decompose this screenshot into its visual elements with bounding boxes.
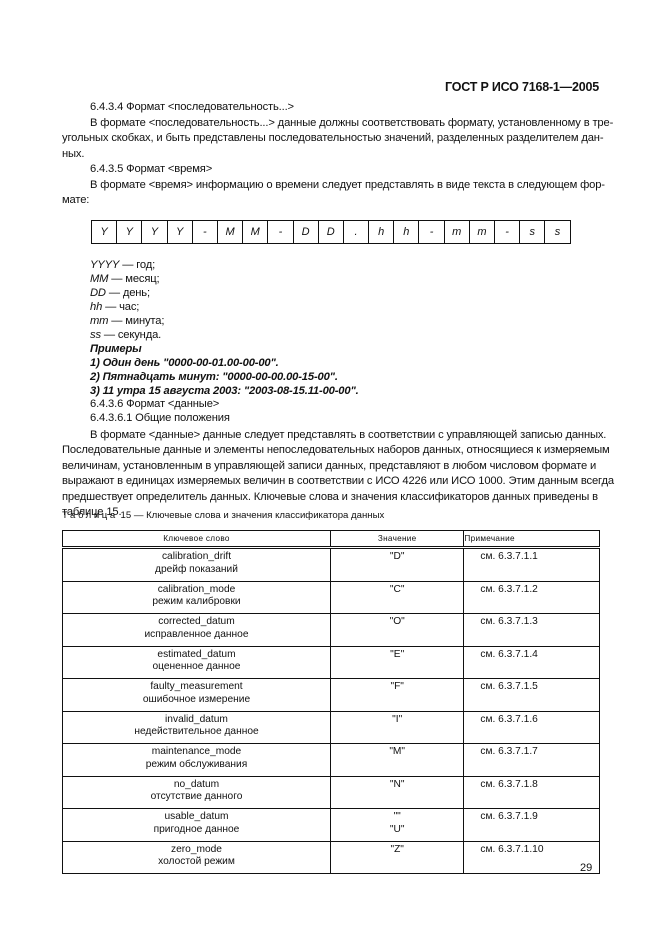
- value: "": [331, 811, 463, 824]
- format-cell: Y: [142, 221, 167, 243]
- format-cell: -: [495, 221, 520, 243]
- note: см. 6.3.7.1.1: [464, 551, 599, 564]
- keyword: calibration_mode: [63, 584, 330, 597]
- paragraph-line: мате:: [62, 193, 89, 209]
- keyword: invalid_datum: [63, 714, 330, 727]
- keyword: corrected_datum: [63, 616, 330, 629]
- value: "Z": [331, 844, 463, 857]
- time-format-box: Y Y Y Y - M M - D D . h h - m m - s s: [91, 220, 571, 244]
- table-row: calibration_modeрежим калибровки "C" см.…: [63, 581, 600, 614]
- keyword: faulty_measurement: [63, 681, 330, 694]
- value: "O": [331, 616, 463, 629]
- keyword: zero_mode: [63, 844, 330, 857]
- page-number: 29: [580, 862, 592, 874]
- format-cell: M: [218, 221, 243, 243]
- keyword-ru: недействительное данное: [63, 726, 330, 739]
- note: см. 6.3.7.1.5: [464, 681, 599, 694]
- note: см. 6.3.7.1.2: [464, 584, 599, 597]
- keyword: calibration_drift: [63, 551, 330, 564]
- section-title-6434: 6.4.3.4 Формат <последовательность...>: [90, 100, 294, 116]
- table-row: usable_datumпригодное данное """U" см. 6…: [63, 809, 600, 842]
- note: см. 6.3.7.1.4: [464, 649, 599, 662]
- document-header: ГОСТ Р ИСО 7168-1—2005: [0, 80, 599, 94]
- format-cell: -: [268, 221, 293, 243]
- table-header-row: Ключевое слово Значение Примечание: [63, 531, 600, 548]
- column-header-keyword: Ключевое слово: [63, 531, 331, 548]
- value: "I": [331, 714, 463, 727]
- value-alt: "U": [331, 824, 463, 837]
- note: см. 6.3.7.1.10: [464, 844, 599, 857]
- paragraph-line: Последовательные данные и элементы непос…: [62, 443, 610, 459]
- note: см. 6.3.7.1.3: [464, 616, 599, 629]
- format-cell: .: [344, 221, 369, 243]
- value: "N": [331, 779, 463, 792]
- note: см. 6.3.7.1.7: [464, 746, 599, 759]
- format-cell: m: [445, 221, 470, 243]
- format-cell: Y: [168, 221, 193, 243]
- table-row: faulty_measurementошибочное измерение "F…: [63, 679, 600, 712]
- format-cell: h: [369, 221, 394, 243]
- format-cell: M: [243, 221, 268, 243]
- table-row: no_datumотсутствие данного "N" см. 6.3.7…: [63, 776, 600, 809]
- keyword-ru: режим калибровки: [63, 596, 330, 609]
- format-cell: -: [419, 221, 444, 243]
- keyword-ru: пригодное данное: [63, 824, 330, 837]
- table-caption: Таблица 15 — Ключевые слова и значения к…: [62, 510, 384, 521]
- keyword-ru: дрейф показаний: [63, 564, 330, 577]
- keyword-ru: отсутствие данного: [63, 791, 330, 804]
- format-cell: D: [294, 221, 319, 243]
- keyword-ru: оцененное данное: [63, 661, 330, 674]
- keyword-ru: режим обслуживания: [63, 759, 330, 772]
- table-row: estimated_datumоцененное данное "E" см. …: [63, 646, 600, 679]
- keyword-ru: холостой режим: [63, 856, 330, 869]
- section-title-6435: 6.4.3.5 Формат <время>: [90, 162, 212, 178]
- value: "D": [331, 551, 463, 564]
- value: "M": [331, 746, 463, 759]
- keyword: usable_datum: [63, 811, 330, 824]
- paragraph-line: ных.: [62, 147, 84, 163]
- table-row: invalid_datumнедействительное данное "I"…: [63, 711, 600, 744]
- paragraph-line: величинам, установленным в управляющей з…: [62, 459, 596, 475]
- format-cell: -: [193, 221, 218, 243]
- format-cell: D: [319, 221, 344, 243]
- column-header-value: Значение: [330, 531, 463, 548]
- keyword: estimated_datum: [63, 649, 330, 662]
- format-cell: Y: [92, 221, 117, 243]
- keyword: maintenance_mode: [63, 746, 330, 759]
- column-header-note: Примечание: [464, 531, 600, 548]
- keyword: no_datum: [63, 779, 330, 792]
- paragraph-line: В формате <время> информацию о времени с…: [90, 178, 605, 194]
- table-row: zero_modeхолостой режим "Z" см. 6.3.7.1.…: [63, 841, 600, 874]
- keyword-ru: исправленное данное: [63, 629, 330, 642]
- keywords-table: Ключевое слово Значение Примечание calib…: [62, 530, 600, 874]
- section-subtitle-64361: 6.4.3.6.1 Общие положения: [90, 411, 230, 427]
- value: "F": [331, 681, 463, 694]
- note: см. 6.3.7.1.9: [464, 811, 599, 824]
- format-cell: s: [545, 221, 569, 243]
- note: см. 6.3.7.1.6: [464, 714, 599, 727]
- table-row: maintenance_modeрежим обслуживания "M" с…: [63, 744, 600, 777]
- paragraph-line: предшествует определитель данных. Ключев…: [62, 490, 598, 506]
- format-cell: s: [520, 221, 545, 243]
- format-cell: h: [394, 221, 419, 243]
- value: "E": [331, 649, 463, 662]
- paragraph-line: выражают в единицах измеряемых величин в…: [62, 474, 614, 490]
- note: см. 6.3.7.1.8: [464, 779, 599, 792]
- format-cell: Y: [117, 221, 142, 243]
- paragraph-line: угольных скобках, и быть представлены по…: [62, 131, 603, 147]
- table-row: corrected_datumисправленное данное "O" с…: [63, 614, 600, 647]
- value: "C": [331, 584, 463, 597]
- paragraph-line: В формате <данные> данные следует предст…: [90, 428, 606, 444]
- format-cell: m: [470, 221, 495, 243]
- table-row: calibration_driftдрейф показаний "D" см.…: [63, 548, 600, 582]
- paragraph-line: В формате <последовательность...> данные…: [90, 116, 613, 132]
- keyword-ru: ошибочное измерение: [63, 694, 330, 707]
